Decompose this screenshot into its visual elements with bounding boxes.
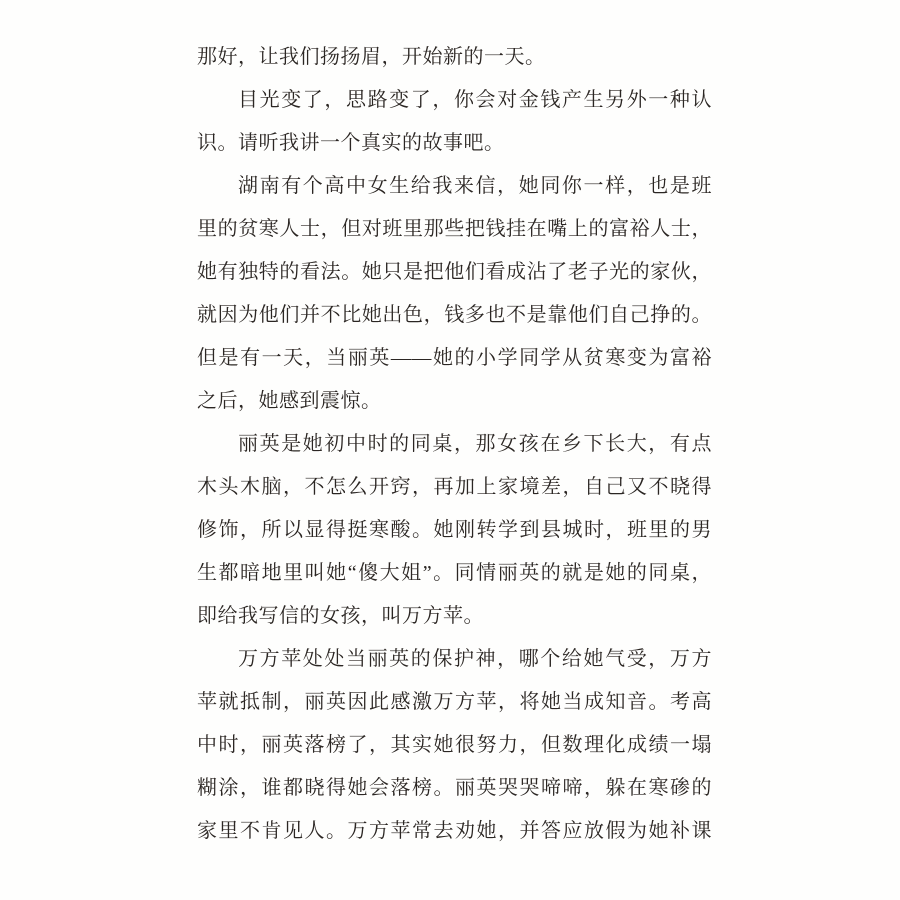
- text-line: 丽英是她初中时的同桌，那女孩在乡下长大，有点: [197, 423, 712, 466]
- text-line: 木头木脑，不怎么开窍，再加上家境差，自己又不晓得: [197, 466, 712, 509]
- text-line: 糊涂，谁都晓得她会落榜。丽英哭哭啼啼，躲在寒碜的: [197, 767, 712, 810]
- text-line: 即给我写信的女孩，叫万方苹。: [197, 595, 712, 638]
- text-line: 目光变了，思路变了，你会对金钱产生另外一种认: [197, 79, 712, 122]
- text-line: 她有独特的看法。她只是把他们看成沾了老子光的家伙，: [197, 251, 712, 294]
- text-line: 那好，让我们扬扬眉，开始新的一天。: [197, 36, 712, 79]
- text-line: 识。请听我讲一个真实的故事吧。: [197, 122, 712, 165]
- text-line: 之后，她感到震惊。: [197, 380, 712, 423]
- text-line: 里的贫寒人士，但对班里那些把钱挂在嘴上的富裕人士，: [197, 208, 712, 251]
- text-line: 万方苹处处当丽英的保护神，哪个给她气受，万方: [197, 638, 712, 681]
- text-line: 苹就抵制，丽英因此感激万方苹，将她当成知音。考高: [197, 681, 712, 724]
- text-line: 但是有一天，当丽英——她的小学同学从贫寒变为富裕: [197, 337, 712, 380]
- body-text: 那好，让我们扬扬眉，开始新的一天。 目光变了，思路变了，你会对金钱产生另外一种认…: [197, 36, 712, 853]
- text-line: 湖南有个高中女生给我来信，她同你一样，也是班: [197, 165, 712, 208]
- text-line: 生都暗地里叫她“傻大姐”。同情丽英的就是她的同桌，: [197, 552, 712, 595]
- text-line: 中时，丽英落榜了，其实她很努力，但数理化成绩一塌: [197, 724, 712, 767]
- text-line: 就因为他们并不比她出色，钱多也不是靠他们自己挣的。: [197, 294, 712, 337]
- book-page: 那好，让我们扬扬眉，开始新的一天。 目光变了，思路变了，你会对金钱产生另外一种认…: [0, 0, 900, 900]
- text-line: 修饰，所以显得挺寒酸。她刚转学到县城时，班里的男: [197, 509, 712, 552]
- text-line: 家里不肯见人。万方苹常去劝她，并答应放假为她补课: [197, 810, 712, 853]
